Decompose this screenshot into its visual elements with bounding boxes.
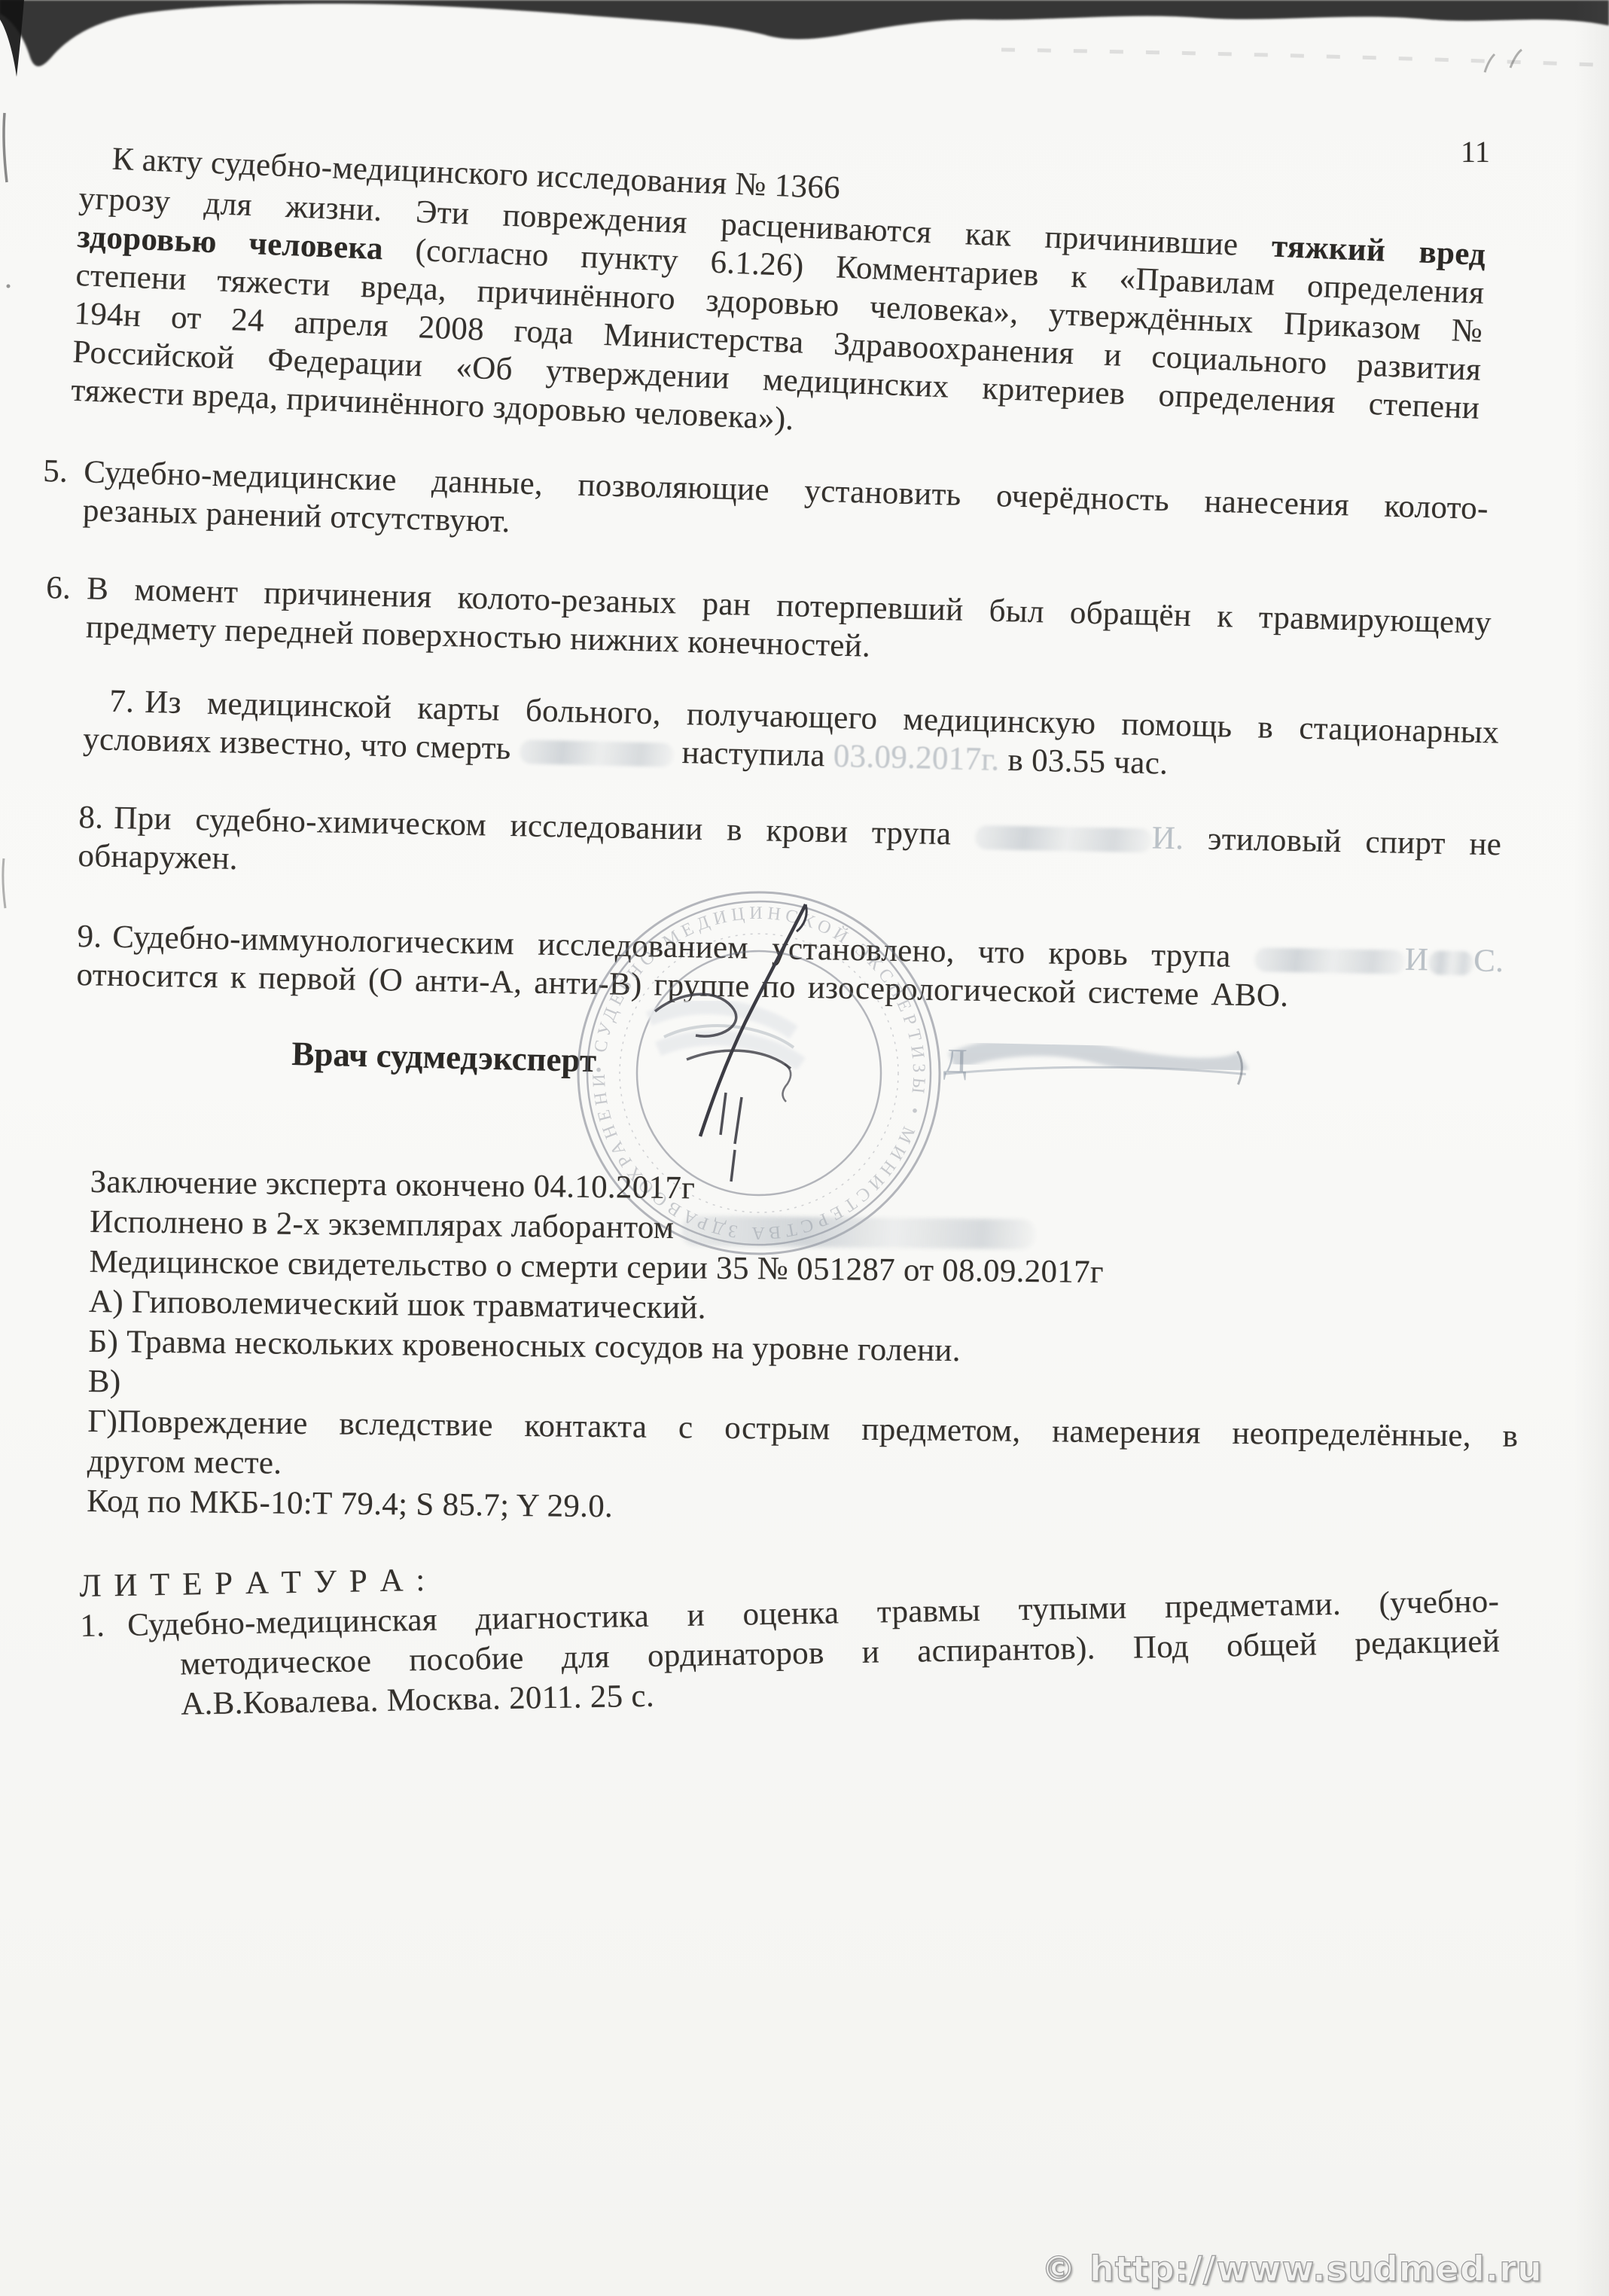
- site-watermark: © http://www.sudmed.ru: [1041, 2249, 1543, 2289]
- item-7: 7.Из медицинской карты больного, получаю…: [83, 681, 1500, 791]
- item-8-redaction-trace: И.: [1151, 820, 1184, 856]
- redaction-smudge-corpse-name: [975, 825, 1153, 853]
- literature-section: Л И Т Е Р А Т У Р А : 1.Судебно-медицинс…: [79, 1541, 1501, 1726]
- item-7-line-2-text: условиях известно, что смерть: [83, 721, 511, 767]
- item-9-redaction-trace: И: [1404, 942, 1428, 978]
- redaction-smudge-corpse-name-2: [1254, 947, 1406, 974]
- item-7-line-2-text-c: в 03.55 час.: [1007, 742, 1169, 782]
- redaction-lab-assistant-name: [681, 1215, 1035, 1249]
- conclusion-block: Заключение эксперта окончено 04.10.2017г…: [87, 1162, 1521, 1536]
- signature-erase-smear: [649, 1007, 801, 1064]
- scan-artifact-left: [0, 98, 23, 1002]
- scan-speckle-streak: [1001, 50, 1596, 65]
- expert-name-smear: [952, 1044, 1243, 1069]
- item-6-number: 6.: [46, 569, 72, 608]
- page-number: 11: [1461, 133, 1490, 171]
- expert-name-trace: Д: [943, 1041, 967, 1081]
- item-6: 6. В момент причинения колото-резаных ра…: [45, 569, 1492, 681]
- item-7-number: 7.: [109, 684, 135, 720]
- item-7-line-2-text-b: наступила: [681, 735, 825, 773]
- item-9-redaction-trace-2: С.: [1473, 943, 1504, 979]
- literature-item: 1.Судебно-медицинская диагностика и оцен…: [80, 1581, 1501, 1726]
- item-8-number: 8.: [78, 800, 104, 836]
- item-8-line-1-text-b: этиловый спирт не: [1208, 822, 1502, 862]
- redaction-smudge-small: [1428, 950, 1474, 975]
- literature-item-number: 1.: [80, 1608, 105, 1644]
- item-5: 5. Судебно-медицинские данные, позволяющ…: [41, 452, 1489, 566]
- signature-label: Врач судмедэксперт: [291, 1034, 597, 1080]
- scanned-document-page: 11 К акту судебно-медицинского исследова…: [0, 0, 1609, 2296]
- redaction-expert-name: Д: [941, 1026, 1251, 1108]
- item-9-number: 9.: [77, 919, 102, 955]
- conclusion-copies-text: Исполнено в 2-х экземплярах лаборантом: [90, 1204, 675, 1246]
- redaction-smudge-deceased-name: [519, 739, 674, 767]
- intro-line-1-bold: тяжкий вред: [1271, 229, 1486, 273]
- intro-paragraph: К акту судебно-медицинского исследования…: [70, 137, 1488, 466]
- scan-artifact-top: [0, 0, 1609, 98]
- item-7-faded-date: 03.09.2017г.: [833, 739, 1000, 778]
- item-5-number: 5.: [43, 452, 69, 491]
